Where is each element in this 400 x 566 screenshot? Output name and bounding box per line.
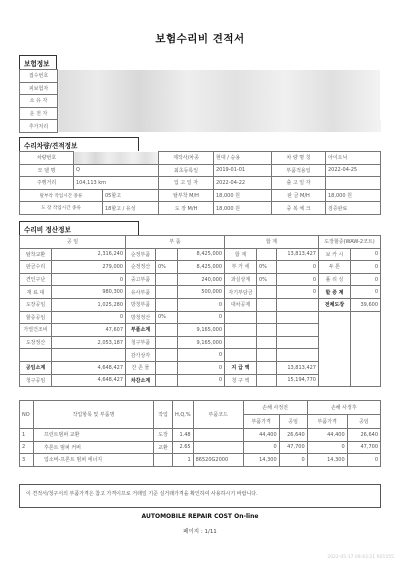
item-name: 후론트 범퍼 커버 <box>34 441 154 454</box>
parts-value: 9,165,000 <box>178 324 225 337</box>
table-row: 견인구난0중고부품240,000과실상계0%0폴 리 싱0 <box>20 273 381 286</box>
label: 주행거리 <box>20 177 74 190</box>
item-part-code: 86520G2000 <box>193 454 243 467</box>
parts-value: 0 <box>178 374 225 387</box>
parts-percent <box>156 324 178 337</box>
label: 입 고 일 자 <box>159 177 214 190</box>
redacted-value <box>58 82 381 95</box>
paint-label: 두 톤 <box>319 261 351 274</box>
parts-label: 방청부품 <box>126 298 156 311</box>
before-labor: 26,640 <box>279 429 307 442</box>
parts-label: 방청정산 <box>126 311 156 324</box>
item-work: 도장 <box>154 429 173 442</box>
parts-percent <box>156 361 178 374</box>
table-row: 3업소버-프론트 범퍼 에너지186520G200014,300014,3000 <box>20 454 381 467</box>
settlement-header: 수리비 정산정보 <box>19 221 139 235</box>
paint-label: 폴 리 싱 <box>319 273 351 286</box>
table-row: 피보험자 <box>20 82 381 95</box>
items-table: NO 작업항목 및 부품명 작업 H,Q,% 부품코드 손해 사정전 손해 사정… <box>19 400 381 467</box>
label: 탈부착 작업시간 종류 <box>20 189 103 202</box>
label: 운 전 자 <box>20 107 58 120</box>
total-percent <box>257 298 277 311</box>
parts-label: 유사부품 <box>126 286 156 299</box>
after-part-price: 0 <box>307 441 347 454</box>
total-label: 과실상계 <box>225 273 257 286</box>
labor-value: 279,000 <box>52 261 126 274</box>
header-paint-surcharge: 도장할증(WAW-2코트) <box>319 236 381 249</box>
total-value <box>277 298 319 311</box>
labor-value: 0 <box>52 273 126 286</box>
header-no: NO <box>20 401 34 429</box>
label: 피보험자 <box>20 82 58 95</box>
item-part-code <box>193 429 243 442</box>
parts-value: 0 <box>178 349 225 362</box>
total-label: 지 급 액 <box>225 361 257 374</box>
table-row: 탈착교환2,316,240순정부품8,425,000합 계13,813,427보… <box>20 248 381 261</box>
redacted-value <box>58 95 381 108</box>
table-header-row: 공 임 부 품 합 계 도장할증(WAW-2코트) <box>20 236 381 249</box>
paint-empty <box>351 311 381 387</box>
label: 탈부착 M/H <box>159 189 214 202</box>
parts-percent: 0% <box>156 261 178 274</box>
paint-value: 0 <box>351 286 381 299</box>
value: 18,000 원 <box>214 202 272 215</box>
footer-brand: AUTOMOBILE REPAIR COST On-line <box>0 513 400 520</box>
parts-percent <box>156 248 178 261</box>
paint-label: 보 카 시 <box>319 248 351 261</box>
table-row: 1프런트범퍼 교환도장1.4844,40026,64044,40026,640 <box>20 429 381 442</box>
paint-empty <box>319 311 351 387</box>
parts-value: 8,425,000 <box>178 261 225 274</box>
item-no: 2 <box>20 441 34 454</box>
header-part-code: 부품코드 <box>193 401 243 429</box>
header-total: 합 계 <box>225 236 319 249</box>
value: 05할고 <box>103 189 159 202</box>
total-label <box>225 311 257 324</box>
total-percent <box>257 311 277 324</box>
labor-value <box>52 349 126 362</box>
total-percent <box>257 324 277 337</box>
parts-label: 중고부품 <box>126 273 156 286</box>
header-item-name: 작업항목 및 부품명 <box>34 401 154 429</box>
value: Q <box>74 164 159 177</box>
parts-percent <box>156 349 178 362</box>
label: 출 고 일 자 <box>272 177 326 190</box>
parts-label: 차감소계 <box>126 374 156 387</box>
redacted-value <box>74 152 159 165</box>
label: 도 장 작업시간 종류 <box>20 202 103 215</box>
labor-value: 0 <box>52 311 126 324</box>
before-labor: 0 <box>279 454 307 467</box>
settlement-table: 공 임 부 품 합 계 도장할증(WAW-2코트) 탈착교환2,316,240순… <box>19 235 381 387</box>
paint-value: 0 <box>351 248 381 261</box>
table-row: 차량번호 제작사/차종 현대 / 승용 차 량 명 칭 아이오닉 <box>20 152 381 165</box>
table-row: 판금수리279,000순정정산0%8,425,000부 가 세0%0두 톤0 <box>20 261 381 274</box>
table-row: 재 료 대980,300유사부품500,000자기부담금0할 증 계0 <box>20 286 381 299</box>
before-part-price: 14,300 <box>243 454 279 467</box>
total-label: 대차공제 <box>225 298 257 311</box>
parts-label: 잔 존 물 <box>126 361 156 374</box>
header-after-adjustment: 손해 사정후 <box>307 401 380 415</box>
total-percent <box>257 361 277 374</box>
labor-value: 4,648,427 <box>52 361 126 374</box>
total-value: 0 <box>277 273 319 286</box>
parts-value: 0 <box>178 311 225 324</box>
label: 판 금 M/H <box>272 189 326 202</box>
table-row: 도 장 작업시간 종류 18할고 / 유성 도 장 M/H 18,000 원 중… <box>20 202 381 215</box>
total-value: 13,813,427 <box>277 361 319 374</box>
before-part-price: 44,400 <box>243 429 279 442</box>
before-labor: 47,700 <box>279 441 307 454</box>
after-part-price: 14,300 <box>307 454 347 467</box>
labor-value: 2,316,240 <box>52 248 126 261</box>
total-label: 청 구 액 <box>225 374 257 387</box>
label: 추가처리 <box>20 120 58 133</box>
header-parts: 부 품 <box>126 236 225 249</box>
redacted-value <box>58 70 381 83</box>
table-row: 운 전 자 <box>20 107 381 120</box>
total-label <box>225 324 257 337</box>
total-percent <box>257 374 277 387</box>
labor-label: 재 료 대 <box>20 286 52 299</box>
header-before-adjustment: 손해 사정전 <box>243 401 307 415</box>
value: 검증완료 <box>326 202 381 215</box>
table-row: 2후론트 범퍼 커버교환2.65047,700047,700 <box>20 441 381 454</box>
item-work: 교환 <box>154 441 173 454</box>
labor-label: 도장정산 <box>20 336 52 349</box>
vehicle-info-table: 차량번호 제작사/차종 현대 / 승용 차 량 명 칭 아이오닉 모 델 명 Q… <box>19 151 381 215</box>
paint-label: 전체도장 <box>319 298 351 311</box>
item-hq: 2.65 <box>173 441 194 454</box>
total-percent <box>257 336 277 349</box>
table-row: 도장공임1,025,280방청부품0대차공제전체도장39,600 <box>20 298 381 311</box>
labor-label: 견인구난 <box>20 273 52 286</box>
labor-value: 4,648,427 <box>52 374 126 387</box>
total-percent <box>257 349 277 362</box>
total-value: 15,194,770 <box>277 374 319 387</box>
table-row: 모 델 명 Q 최초등록일 2019-01-01 부품적용일 2022-04-2… <box>20 164 381 177</box>
labor-value: 1,025,280 <box>52 298 126 311</box>
redacted-value <box>58 120 381 133</box>
total-value <box>277 336 319 349</box>
labor-label: 탈착교환 <box>20 248 52 261</box>
insurance-info-header: 보험정보 <box>19 55 57 69</box>
parts-value: 8,425,000 <box>178 248 225 261</box>
label: 제작사/차종 <box>159 152 214 165</box>
label: 차량번호 <box>20 152 74 165</box>
notice-box: 이 견적서/청구서의 부품가격은 참고 가격이므로 거래일 기준 실거래가격을 … <box>19 484 381 508</box>
value: 2022-04-22 <box>214 177 272 190</box>
table-row: 할증공임0방청정산0%0 <box>20 311 381 324</box>
total-percent: 0% <box>257 273 277 286</box>
label: 소 유 자 <box>20 95 58 108</box>
table-row: 탈부착 작업시간 종류 05할고 탈부착 M/H 18,000 원 판 금 M/… <box>20 189 381 202</box>
value: 18할고 / 유성 <box>103 202 159 215</box>
total-label: 부 가 세 <box>225 261 257 274</box>
labor-label: 도장공임 <box>20 298 52 311</box>
after-part-price: 44,400 <box>307 429 347 442</box>
total-label: 자기부담금 <box>225 286 257 299</box>
labor-value: 2,053,187 <box>52 336 126 349</box>
print-timestamp: 2022-05-17 09:43:21 R01555 <box>327 555 394 560</box>
parts-percent <box>156 286 178 299</box>
before-part-price: 0 <box>243 441 279 454</box>
total-value: 0 <box>277 261 319 274</box>
item-part-code <box>193 441 243 454</box>
header-part-price: 부품가격 <box>307 415 347 429</box>
parts-value: 0 <box>178 298 225 311</box>
header-part-price: 부품가격 <box>243 415 279 429</box>
header-labor: 공 임 <box>20 236 126 249</box>
total-label: 합 계 <box>225 248 257 261</box>
labor-label <box>20 349 52 362</box>
total-percent <box>257 286 277 299</box>
table-row: 추가처리 <box>20 120 381 133</box>
total-percent <box>257 248 277 261</box>
table-row: 접수번호 <box>20 70 381 83</box>
table-row: 소 유 자 <box>20 95 381 108</box>
labor-label: 할증공임 <box>20 311 52 324</box>
parts-label: 부품소계 <box>126 324 156 337</box>
parts-label: 순정부품 <box>126 248 156 261</box>
item-name: 프런트범퍼 교환 <box>34 429 154 442</box>
total-value: 13,813,427 <box>277 248 319 261</box>
parts-value: 9,165,000 <box>178 336 225 349</box>
value: 현대 / 승용 <box>214 152 272 165</box>
header-work: 작업 <box>154 401 173 429</box>
value: 18,000 원 <box>326 189 381 202</box>
total-value: 0 <box>277 286 319 299</box>
total-value <box>277 349 319 362</box>
paint-label: 할 증 계 <box>319 286 351 299</box>
parts-label: 감가상각 <box>126 349 156 362</box>
label: 중 복 체 크 <box>272 202 326 215</box>
value: 2022-04-25 <box>326 164 381 177</box>
item-hq: 1 <box>173 454 194 467</box>
total-label <box>225 336 257 349</box>
after-labor: 47,700 <box>347 441 380 454</box>
insurance-info-table: 접수번호 피보험자 소 유 자 운 전 자 추가처리 <box>19 69 381 133</box>
paint-value: 0 <box>351 273 381 286</box>
labor-value: 47,607 <box>52 324 126 337</box>
labor-label: 공임소계 <box>20 361 52 374</box>
item-hq: 1.48 <box>173 429 194 442</box>
label: 모 델 명 <box>20 164 74 177</box>
label: 도 장 M/H <box>159 202 214 215</box>
header-labor: 공임 <box>347 415 380 429</box>
paint-value: 39,600 <box>351 298 381 311</box>
labor-label: 판금수리 <box>20 261 52 274</box>
value: 2019-01-01 <box>214 164 272 177</box>
total-percent: 0% <box>257 261 277 274</box>
parts-label: 청구부품 <box>126 336 156 349</box>
paint-value: 0 <box>351 261 381 274</box>
header-labor: 공임 <box>279 415 307 429</box>
value: 아이오닉 <box>326 152 381 165</box>
value <box>326 177 381 190</box>
labor-label: 청구공임 <box>20 374 52 387</box>
parts-value: 0 <box>178 361 225 374</box>
after-labor: 0 <box>347 454 380 467</box>
parts-value: 500,000 <box>178 286 225 299</box>
vehicle-info-header: 수리차량/견적정보 <box>19 137 139 151</box>
table-header-row: NO 작업항목 및 부품명 작업 H,Q,% 부품코드 손해 사정전 손해 사정… <box>20 401 381 415</box>
parts-value: 240,000 <box>178 273 225 286</box>
item-no: 3 <box>20 454 34 467</box>
parts-label: 순정정산 <box>126 261 156 274</box>
total-value <box>277 311 319 324</box>
table-row: 주행거리 104,113 km 입 고 일 자 2022-04-22 출 고 일… <box>20 177 381 190</box>
parts-percent <box>156 336 178 349</box>
label: 최초등록일 <box>159 164 214 177</box>
label: 접수번호 <box>20 70 58 83</box>
redacted-value <box>58 107 381 120</box>
after-labor: 26,640 <box>347 429 380 442</box>
total-label <box>225 349 257 362</box>
labor-label: 가열건조비 <box>20 324 52 337</box>
document-title: 보험수리비 견적서 <box>0 31 400 46</box>
page-indicator: 페이지 : 1/11 <box>0 527 400 535</box>
parts-percent <box>156 374 178 387</box>
label: 차 량 명 칭 <box>272 152 326 165</box>
total-value <box>277 324 319 337</box>
parts-percent: 0% <box>156 311 178 324</box>
parts-percent <box>156 273 178 286</box>
labor-value: 980,300 <box>52 286 126 299</box>
item-work <box>154 454 173 467</box>
item-name: 업소버-프론트 범퍼 에너지 <box>34 454 154 467</box>
parts-percent <box>156 298 178 311</box>
label: 부품적용일 <box>272 164 326 177</box>
header-hq: H,Q,% <box>173 401 194 429</box>
value: 18,000 원 <box>214 189 272 202</box>
item-no: 1 <box>20 429 34 442</box>
value: 104,113 km <box>74 177 159 190</box>
